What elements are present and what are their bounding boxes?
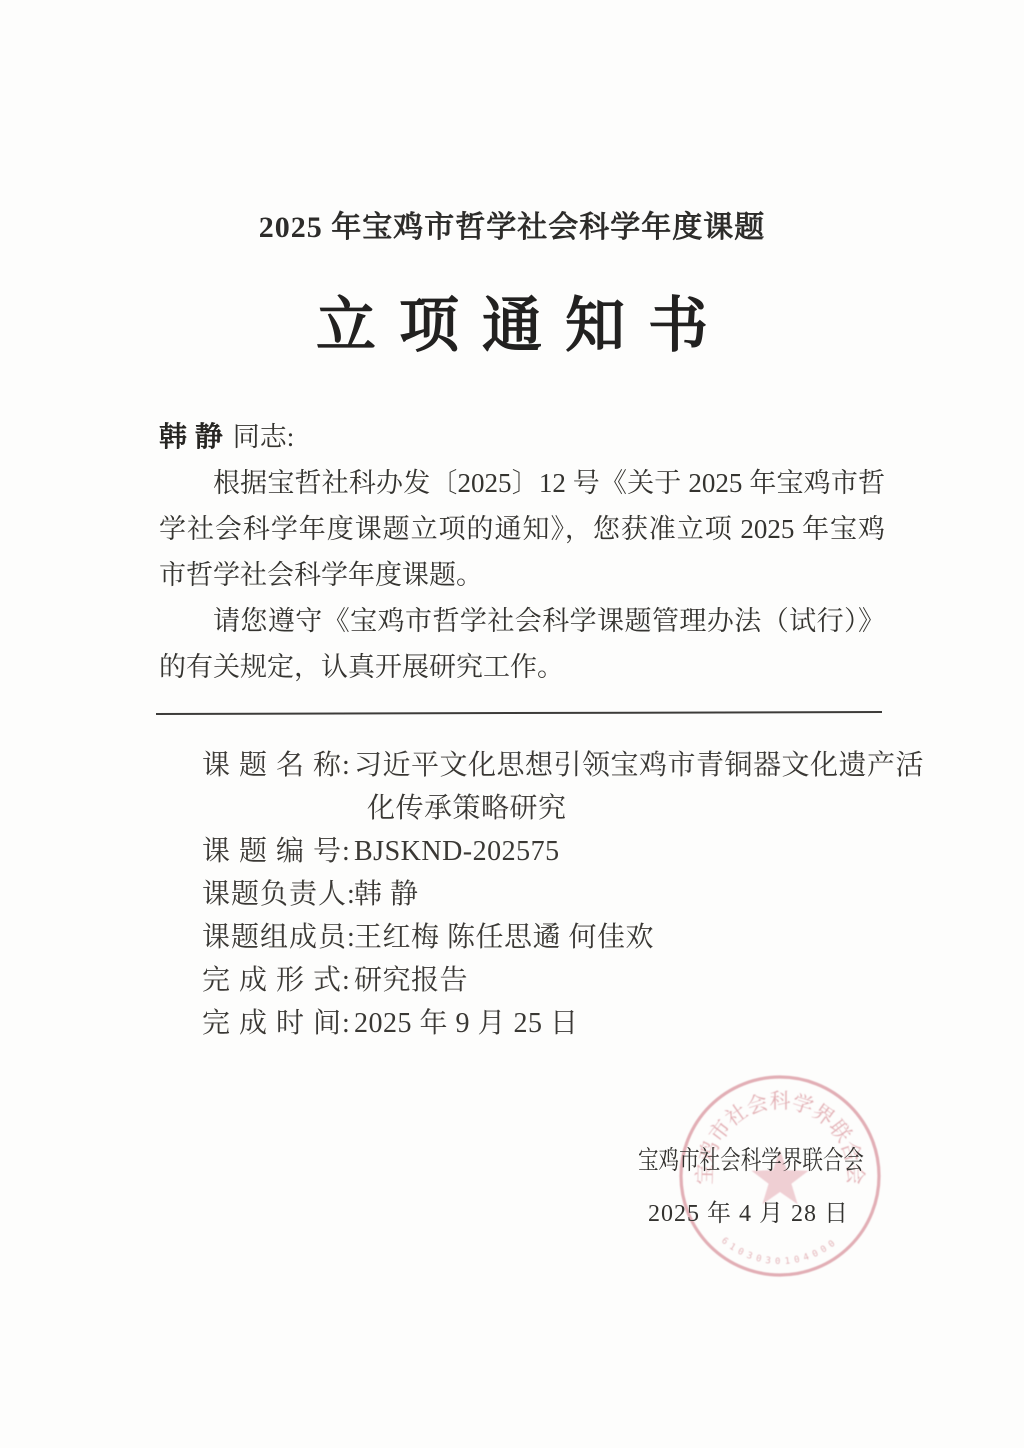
body-paragraph-1: 根据宝哲社科办发〔2025〕12 号《关于 2025 年宝鸡市哲学社会科学年度课… <box>159 460 885 598</box>
field-label: 课 题 名 称: <box>202 744 354 787</box>
body-paragraph-2: 请您遵守《宝鸡市哲学社会科学课题管理办法（试行）》的有关规定，认真开展研究工作。 <box>159 598 885 690</box>
field-label: 课题组成员: <box>202 916 354 959</box>
field-label: 课 题 编 号: <box>202 830 354 873</box>
field-value-continued: 化传承策略研究 <box>367 787 902 830</box>
signature-date: 2025 年 4 月 28 日 <box>648 1193 849 1228</box>
salutation-suffix: 同志: <box>233 422 295 452</box>
field-value: 王红梅 陈任思遹 何佳欢 <box>354 922 654 953</box>
field-row-completion-form: 完 成 形 式:研究报告 <box>202 959 902 1002</box>
field-value: 习近平文化思想引领宝鸡市青铜器文化遗产活 <box>354 750 924 781</box>
field-label: 完 成 时 间: <box>202 1002 354 1045</box>
field-row-completion-date: 完 成 时 间:2025 年 9 月 25 日 <box>202 1002 902 1045</box>
field-row-topic-number: 课 题 编 号:BJSKND-202575 <box>202 830 902 873</box>
seal-code-text: 6103030104000 <box>719 1236 841 1267</box>
field-row-leader: 课题负责人:韩 静 <box>202 873 902 916</box>
field-row-topic-name: 课 题 名 称:习近平文化思想引领宝鸡市青铜器文化遗产活 <box>202 744 902 787</box>
field-value: 2025 年 9 月 25 日 <box>354 1008 579 1039</box>
field-row-members: 课题组成员:王红梅 陈任思遹 何佳欢 <box>202 916 902 959</box>
horizontal-divider <box>156 711 882 715</box>
project-fields: 课 题 名 称:习近平文化思想引领宝鸡市青铜器文化遗产活 化传承策略研究 课 题… <box>202 744 902 1045</box>
scanned-notice-page: 2025 年宝鸡市哲学社会科学年度课题 立 项 通 知 书 韩 静同志: 根据宝… <box>0 0 1024 1448</box>
field-label: 课题负责人: <box>202 873 354 916</box>
letter-body: 韩 静同志: 根据宝哲社科办发〔2025〕12 号《关于 2025 年宝鸡市哲学… <box>159 414 885 690</box>
field-value: 韩 静 <box>354 879 419 910</box>
salutation-line: 韩 静同志: <box>159 414 885 460</box>
field-value: BJSKND-202575 <box>354 836 560 867</box>
signature-organization: 宝鸡市社会科学界联合会 <box>638 1140 864 1177</box>
field-value: 研究报告 <box>354 965 468 996</box>
document-main-title: 立 项 通 知 书 <box>0 278 1024 364</box>
field-label: 完 成 形 式: <box>202 959 354 1002</box>
document-kicker-title: 2025 年宝鸡市哲学社会科学年度课题 <box>0 202 1024 246</box>
recipient-name: 韩 静 <box>159 421 223 452</box>
